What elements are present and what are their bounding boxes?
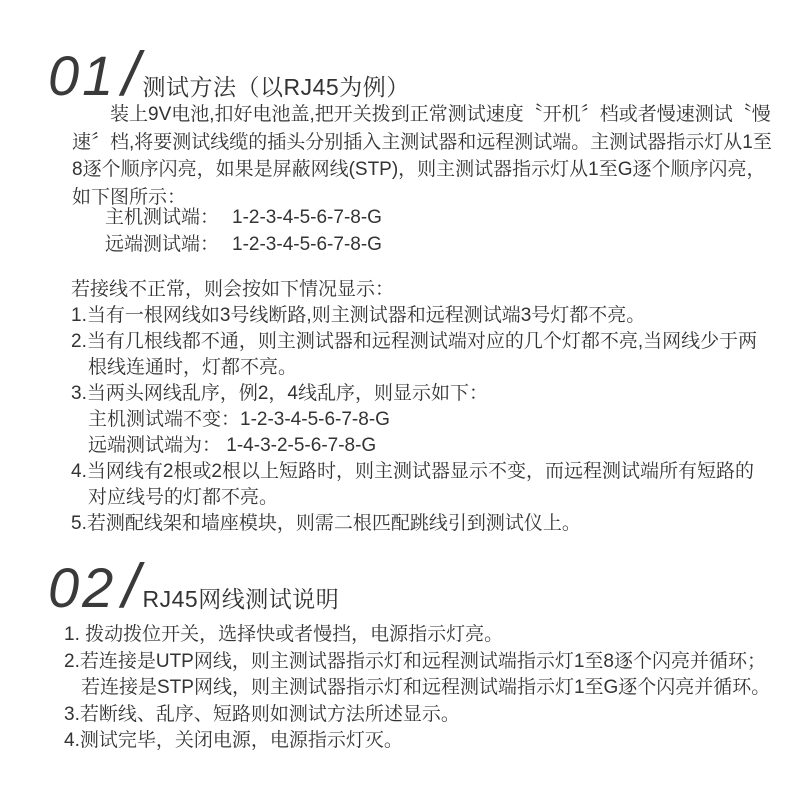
section-1-slash: / <box>122 44 139 106</box>
list-item-text: 1. 拨动拨位开关，选择快或者慢挡，电源指示灯亮。 <box>64 624 503 645</box>
intro-line: 装上9V电池,扣好电池盖,把开关拨到正常测试速度〝开机〞档或者慢速测试〝慢 <box>72 101 772 129</box>
section-2-number: 02 <box>48 560 116 616</box>
sequence-label: 远端测试端： <box>105 234 219 255</box>
section-1-intro-paragraph: 装上9V电池,扣好电池盖,把开关拨到正常测试速度〝开机〞档或者慢速测试〝慢 速〞… <box>72 101 772 211</box>
list-item-continuation: 对应线号的灯都不亮。 <box>88 485 757 511</box>
section-2-slash: / <box>122 556 139 618</box>
sequence-label: 主机测试端： <box>105 207 219 228</box>
list-item-text: 3.若断线、乱序、短路则如测试方法所述显示。 <box>64 704 460 725</box>
list-item: 2.当有几根线都不通，则主测试器和远程测试端对应的几个灯都不亮,当网线少于两 根… <box>71 329 757 381</box>
abnormal-conditions-block: 若接线不正常，则会按如下情况显示： 1.当有一根网线如3号线断路,则主测试器和远… <box>71 277 757 537</box>
sequence-value: 1-2-3-4-5-6-7-8-G <box>232 207 382 228</box>
list-item-continuation: 若连接是STP网线，则主测试器指示灯和远程测试端指示灯1至G逐个闪亮并循环。 <box>81 675 770 702</box>
section-1-title: 测试方法（以RJ45为例） <box>143 69 410 102</box>
sequence-row: 远端测试端为： 1-4-3-2-5-6-7-8-G <box>88 433 757 459</box>
intro-line: 8逐个顺序闪亮，如果是屏蔽网线(STP)，则主测试器指示灯从1至G逐个顺序闪亮， <box>72 156 772 184</box>
section-2-title: RJ45网线测试说明 <box>143 581 340 614</box>
list-item-text: 5.若测配线架和墙座模块，则需二根匹配跳线引到测试仪上。 <box>71 513 581 534</box>
sequence-row: 主机测试端：1-2-3-4-5-6-7-8-G <box>105 204 382 231</box>
section-1-number: 01 <box>48 48 116 104</box>
list-item-text: 1.当有一根网线如3号线断路,则主测试器和远程测试端3号灯都不亮。 <box>71 305 645 326</box>
list-item-text: 2.当有几根线都不通，则主测试器和远程测试端对应的几个灯都不亮,当网线少于两 <box>71 331 757 352</box>
list-item-text: 2.若连接是UTP网线，则主测试器指示灯和远程测试端指示灯1至8逐个闪亮并循环； <box>64 651 766 672</box>
list-item: 3.若断线、乱序、短路则如测试方法所述显示。 <box>64 702 770 729</box>
list-item: 1. 拨动拨位开关，选择快或者慢挡，电源指示灯亮。 <box>64 622 770 649</box>
section-2-heading: 02 / RJ45网线测试说明 <box>48 556 339 618</box>
list-item: 3.当两头网线乱序，例2，4线乱序，则显示如下： 主机测试端不变：1-2-3-4… <box>71 381 757 459</box>
list-item: 4.测试完毕，关闭电源，电源指示灯灭。 <box>64 728 770 755</box>
abnormal-intro: 若接线不正常，则会按如下情况显示： <box>71 277 757 303</box>
list-item-continuation: 根线连通时，灯都不亮。 <box>88 355 757 381</box>
test-instructions-block: 1. 拨动拨位开关，选择快或者慢挡，电源指示灯亮。 2.若连接是UTP网线，则主… <box>64 622 770 755</box>
manual-page: 01 / 测试方法（以RJ45为例） 装上9V电池,扣好电池盖,把开关拨到正常测… <box>0 0 800 800</box>
list-item: 2.若连接是UTP网线，则主测试器指示灯和远程测试端指示灯1至8逐个闪亮并循环；… <box>64 649 770 702</box>
list-item: 5.若测配线架和墙座模块，则需二根匹配跳线引到测试仪上。 <box>71 511 757 537</box>
sequence-row: 主机测试端不变：1-2-3-4-5-6-7-8-G <box>88 407 757 433</box>
list-item-text: 4.测试完毕，关闭电源，电源指示灯灭。 <box>64 730 403 751</box>
list-item-text: 3.当两头网线乱序，例2，4线乱序，则显示如下： <box>71 383 488 404</box>
list-item: 1.当有一根网线如3号线断路,则主测试器和远程测试端3号灯都不亮。 <box>71 303 757 329</box>
list-item-text: 4.当网线有2根或2根以上短路时，则主测试器显示不变，而远程测试端所有短路的 <box>71 461 754 482</box>
sequence-value: 1-2-3-4-5-6-7-8-G <box>232 234 382 255</box>
intro-line: 速〞档,将要测试线缆的插头分别插入主测试器和远程测试端。主测试器指示灯从1至 <box>72 129 772 157</box>
list-item: 4.当网线有2根或2根以上短路时，则主测试器显示不变，而远程测试端所有短路的 对… <box>71 459 757 511</box>
sequence-row: 远端测试端：1-2-3-4-5-6-7-8-G <box>105 231 382 258</box>
led-sequence-block: 主机测试端：1-2-3-4-5-6-7-8-G 远端测试端：1-2-3-4-5-… <box>105 204 382 258</box>
section-1-heading: 01 / 测试方法（以RJ45为例） <box>48 44 410 106</box>
